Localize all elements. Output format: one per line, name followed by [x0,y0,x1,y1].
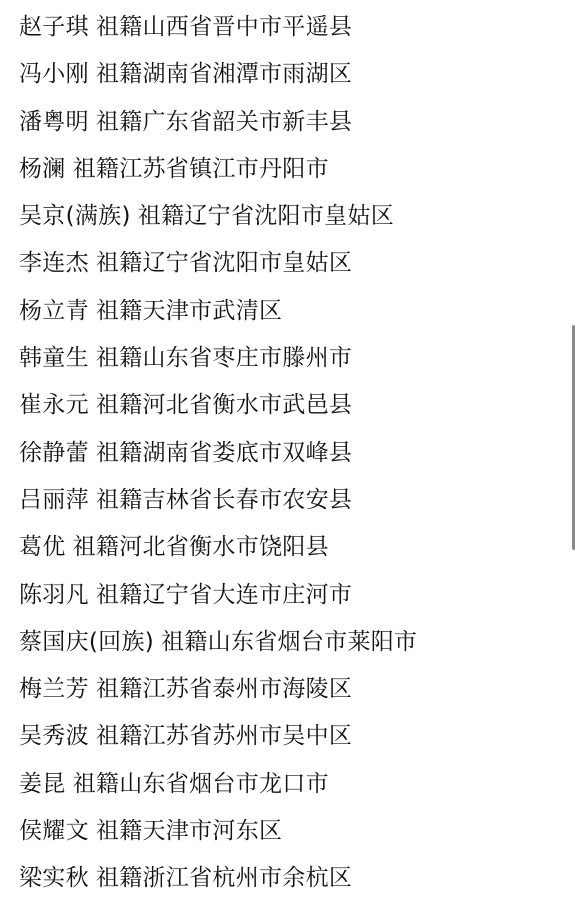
origin-text: 祖籍江苏省泰州市海陵区 [96,676,352,702]
list-item: 陈羽凡祖籍辽宁省大连市庄河市 [19,572,417,619]
person-name: 吴京(满族) [19,203,131,229]
list-item: 梁实秋祖籍浙江省杭州市余杭区 [19,855,417,902]
list-item: 徐静蕾祖籍湖南省娄底市双峰县 [19,430,417,477]
list-item: 崔永元祖籍河北省衡水市武邑县 [19,382,417,429]
origin-text: 祖籍辽宁省沈阳市皇姑区 [96,250,352,276]
list-item: 冯小刚祖籍湖南省湘潭市雨湖区 [19,51,417,98]
list-item: 吕丽萍祖籍吉林省长春市农安县 [19,477,417,524]
origin-text: 祖籍天津市河东区 [96,818,282,844]
origin-text: 祖籍浙江省杭州市余杭区 [96,865,352,891]
vertical-scrollbar[interactable] [570,0,576,907]
list-item: 杨澜祖籍江苏省镇江市丹阳市 [19,146,417,193]
person-name: 赵子琪 [19,14,89,40]
person-name: 崔永元 [19,392,89,418]
origin-text: 祖籍吉林省长春市农安县 [96,487,352,513]
list-item: 蔡国庆(回族)祖籍山东省烟台市莱阳市 [19,619,417,666]
scrollbar-thumb[interactable] [572,325,575,550]
person-name: 姜昆 [19,771,66,797]
person-name: 李连杰 [19,250,89,276]
origin-text: 祖籍江苏省镇江市丹阳市 [73,156,329,182]
list-item: 赵子琪祖籍山西省晋中市平遥县 [19,4,417,51]
person-name: 吴秀波 [19,723,89,749]
person-name: 潘粤明 [19,109,89,135]
person-name: 梁实秋 [19,865,89,891]
person-name: 梅兰芳 [19,676,89,702]
list-item: 杨立青祖籍天津市武清区 [19,288,417,335]
list-item: 葛优祖籍河北省衡水市饶阳县 [19,524,417,571]
person-name: 侯耀文 [19,818,89,844]
person-name: 吕丽萍 [19,487,89,513]
origin-text: 祖籍辽宁省沈阳市皇姑区 [138,203,394,229]
person-name: 冯小刚 [19,61,89,87]
person-name: 葛优 [19,534,66,560]
list-item: 潘粤明祖籍广东省韶关市新丰县 [19,99,417,146]
person-name: 蔡国庆(回族) [19,629,154,655]
origin-text: 祖籍山东省烟台市龙口市 [73,771,329,797]
origin-text: 祖籍江苏省苏州市吴中区 [96,723,352,749]
origin-text: 祖籍山东省烟台市莱阳市 [161,629,417,655]
origin-text: 祖籍河北省衡水市武邑县 [96,392,352,418]
origin-list: 赵子琪祖籍山西省晋中市平遥县 冯小刚祖籍湖南省湘潭市雨湖区 潘粤明祖籍广东省韶关… [19,4,417,903]
list-item: 韩童生祖籍山东省枣庄市滕州市 [19,335,417,382]
list-item: 侯耀文祖籍天津市河东区 [19,808,417,855]
origin-text: 祖籍山东省枣庄市滕州市 [96,345,352,371]
person-name: 杨立青 [19,298,89,324]
person-name: 陈羽凡 [19,582,89,608]
list-item: 梅兰芳祖籍江苏省泰州市海陵区 [19,666,417,713]
list-item: 姜昆祖籍山东省烟台市龙口市 [19,761,417,808]
list-item: 吴京(满族)祖籍辽宁省沈阳市皇姑区 [19,193,417,240]
origin-text: 祖籍天津市武清区 [96,298,282,324]
origin-text: 祖籍山西省晋中市平遥县 [96,14,352,40]
origin-text: 祖籍辽宁省大连市庄河市 [96,582,352,608]
person-name: 徐静蕾 [19,440,89,466]
origin-text: 祖籍河北省衡水市饶阳县 [73,534,329,560]
person-name: 杨澜 [19,156,66,182]
person-name: 韩童生 [19,345,89,371]
origin-text: 祖籍湖南省湘潭市雨湖区 [96,61,352,87]
list-item: 吴秀波祖籍江苏省苏州市吴中区 [19,713,417,760]
origin-text: 祖籍广东省韶关市新丰县 [96,109,352,135]
list-item: 李连杰祖籍辽宁省沈阳市皇姑区 [19,240,417,287]
origin-text: 祖籍湖南省娄底市双峰县 [96,440,352,466]
